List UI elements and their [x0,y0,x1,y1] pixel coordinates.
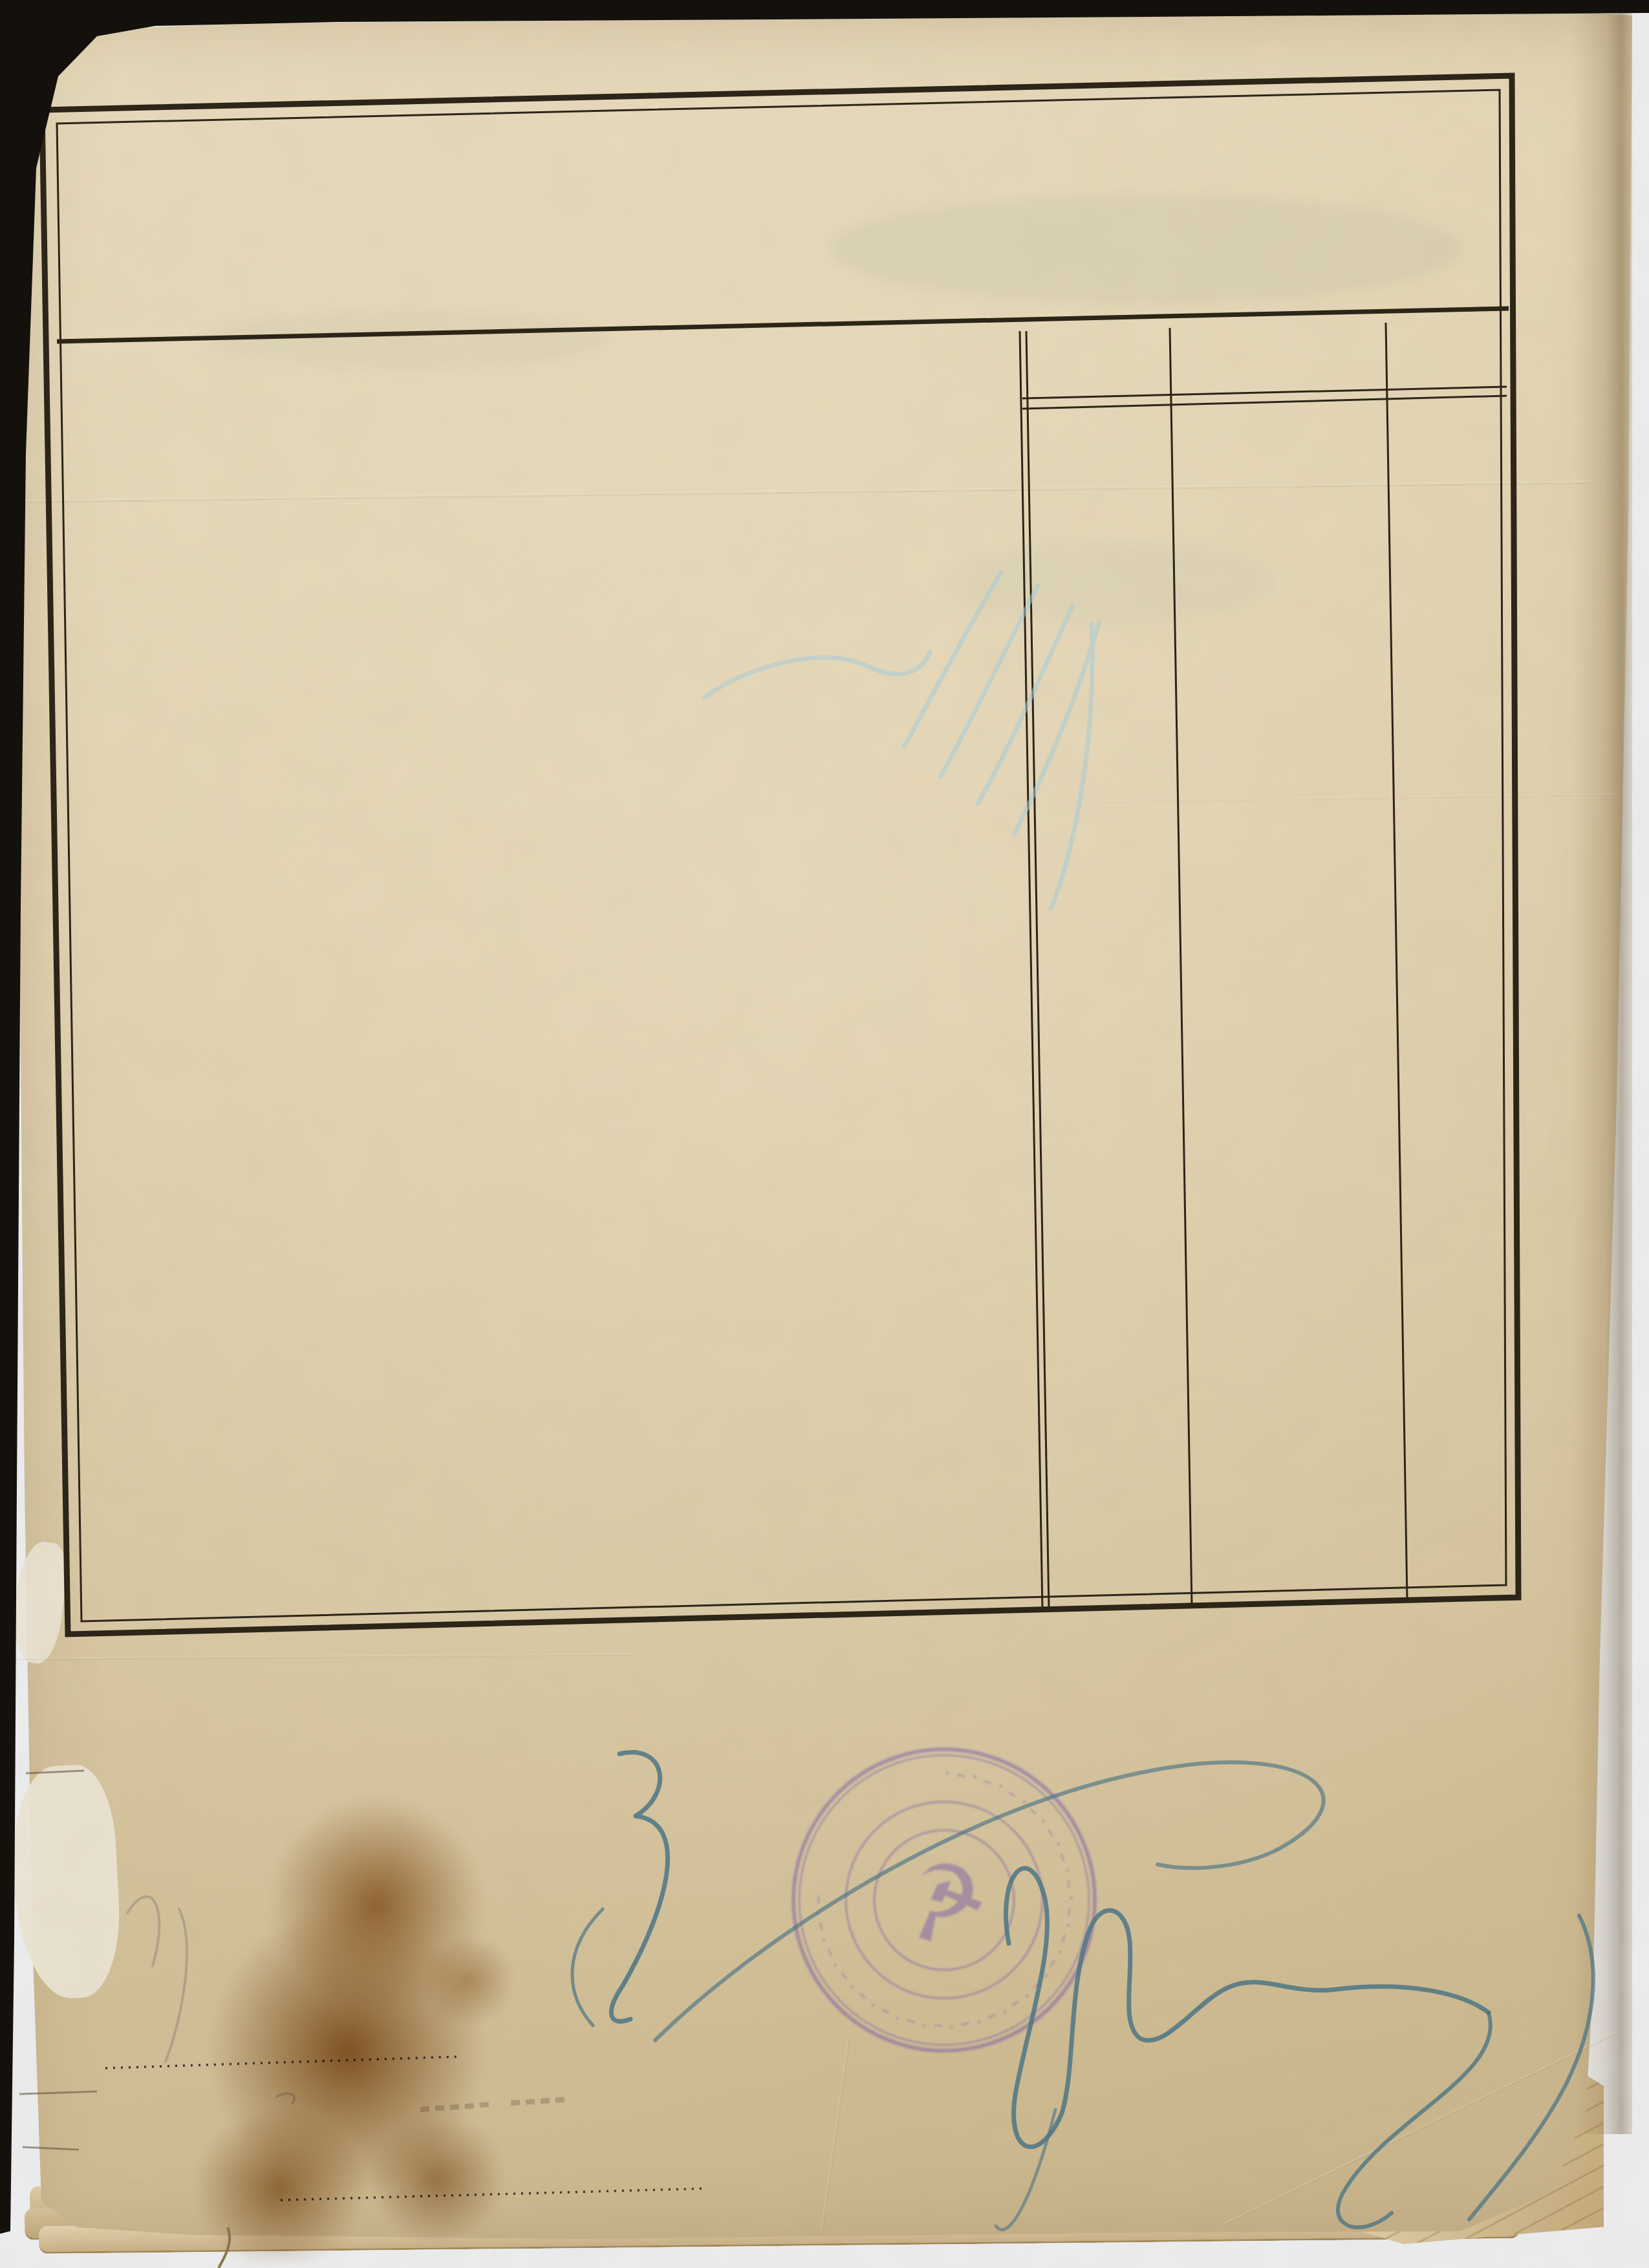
brown-stain [175,1791,550,2263]
ink-bleedthrough [938,543,1274,621]
page-curl-shadow [1573,13,1632,2134]
ink-bleedthrough [828,194,1461,304]
torn-paper-patch [8,1763,124,2001]
ink-bleedthrough [207,310,608,369]
scanned-document-page: — 19 — XVII. Деятельность вне военной сл… [0,0,1649,2268]
